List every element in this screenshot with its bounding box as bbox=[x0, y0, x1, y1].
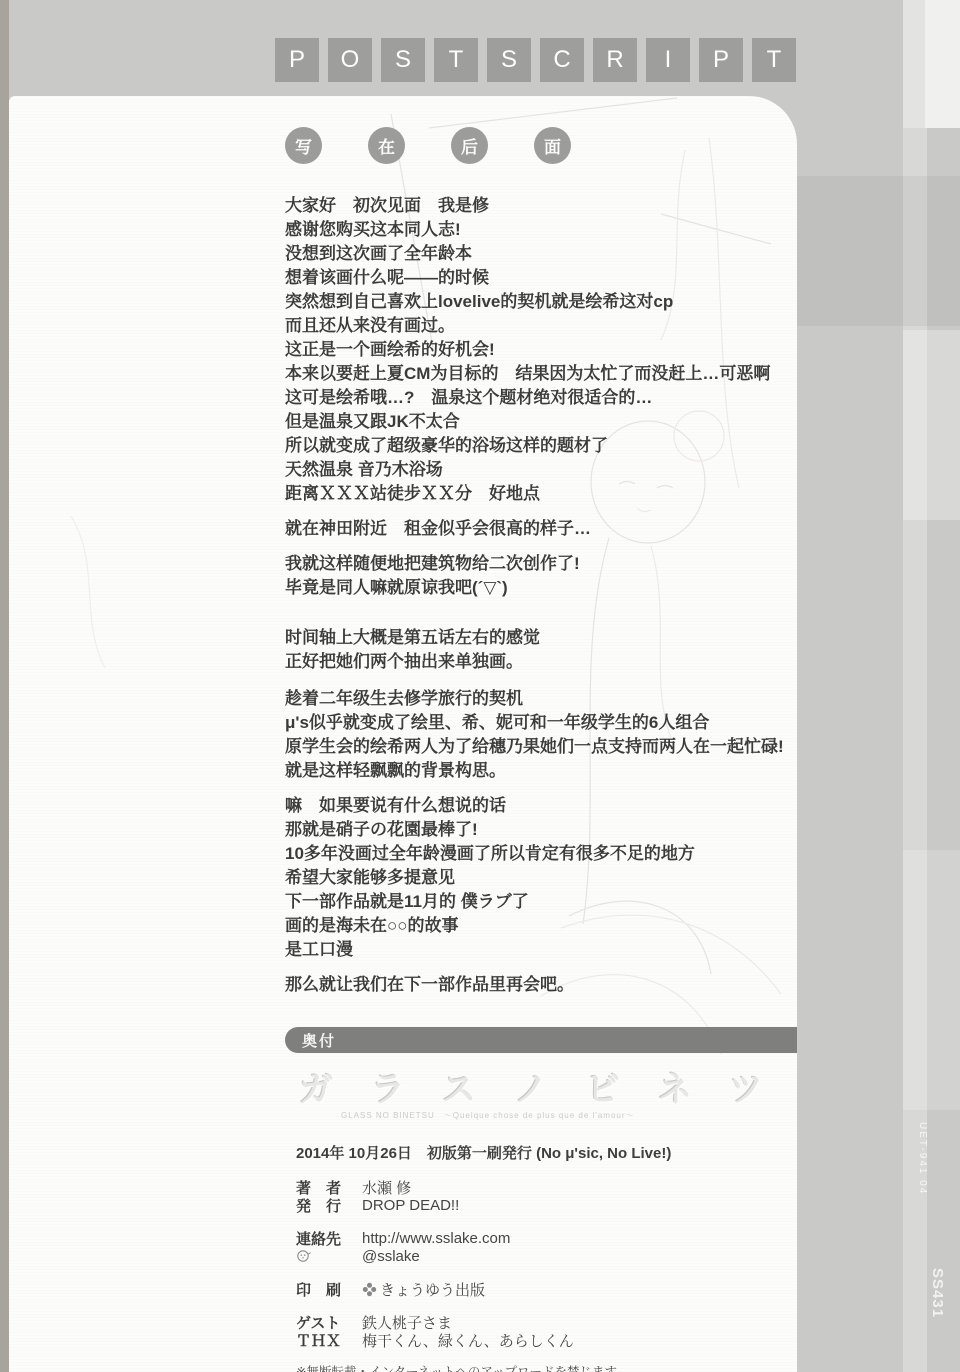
postscript-letter-box: S bbox=[487, 38, 531, 82]
heading-char-circle: 面 bbox=[534, 127, 571, 164]
body-line: 趁着二年级生去修学旅行的契机 bbox=[285, 687, 797, 711]
body-line: 希望大家能够多提意见 bbox=[285, 866, 797, 890]
spine-code-text: UET-941 04 bbox=[917, 1122, 928, 1195]
postscript-letter-box: P bbox=[275, 38, 319, 82]
body-line: 10多年没画过全年龄漫画了所以肯定有很多不足的地方 bbox=[285, 842, 797, 866]
colophon-label: 印 刷 bbox=[296, 1279, 362, 1300]
body-line: 但是温泉又跟JK不太合 bbox=[285, 410, 797, 434]
flower-icon bbox=[362, 1282, 377, 1297]
colophon-value: DROP DEAD!! bbox=[362, 1197, 459, 1214]
heading-char-circle: 后 bbox=[451, 127, 488, 164]
postscript-letter-box: T bbox=[752, 38, 796, 82]
colophon-value: @sslake bbox=[362, 1248, 420, 1265]
body-paragraph: 趁着二年级生去修学旅行的契机μ's似乎就变成了绘里、希、妮可和一年级学生的6人组… bbox=[285, 687, 797, 783]
page-edge-strip bbox=[903, 0, 925, 128]
body-line: 那么就让我们在下一部作品里再会吧。 bbox=[285, 973, 797, 997]
colophon-row: 発 行DROP DEAD!! bbox=[296, 1196, 786, 1214]
body-line: 就是这样轻飘飘的背景构思。 bbox=[285, 759, 797, 783]
postscript-letter-box: C bbox=[540, 38, 584, 82]
colophon-row: @sslake bbox=[296, 1247, 786, 1265]
page-edge-band bbox=[903, 330, 960, 520]
colophon-rows: 著 者水瀬 修発 行DROP DEAD!!連絡先http://www.sslak… bbox=[296, 1178, 786, 1349]
colophon-value: http://www.sslake.com bbox=[362, 1230, 510, 1247]
colophon-label: ＴＨＸ bbox=[296, 1330, 362, 1351]
colophon-value: 水瀬 修 bbox=[362, 1177, 411, 1198]
body-line: 这正是一个画绘希的好机会! bbox=[285, 338, 797, 362]
twitter-bird-icon bbox=[296, 1249, 312, 1263]
colophon-row: ゲスト鉄人桃子さま bbox=[296, 1313, 786, 1331]
colophon-group: 連絡先http://www.sslake.com @sslake bbox=[296, 1229, 786, 1265]
colophon-label bbox=[296, 1249, 362, 1263]
postscript-letter-box: I bbox=[646, 38, 690, 82]
body-paragraph: 嘛 如果要说有什么想说的话那就是硝子の花園最棒了!10多年没画过全年龄漫画了所以… bbox=[285, 794, 797, 962]
body-line: 本来以要赶上夏CM为目标的 结果因为太忙了而没赶上…可恶啊 bbox=[285, 362, 797, 386]
no-reproduction-note: ※無断転載・インターネットへのアップロードを禁じます。 bbox=[296, 1362, 786, 1372]
body-line: 是工口漫 bbox=[285, 938, 797, 962]
heading-char-circle: 在 bbox=[368, 127, 405, 164]
body-line: 距离ＸＸＸ站徒步ＸＸ分 好地点 bbox=[285, 482, 797, 506]
postscript-letter-box: P bbox=[699, 38, 743, 82]
colophon-group: 印 刷 きょうゆう出版 bbox=[296, 1280, 786, 1298]
body-line: 就在神田附近 租金似乎会很高的样子… bbox=[285, 517, 797, 541]
body-line: 时间轴上大概是第五话左右的感觉 bbox=[285, 626, 797, 650]
body-line: 我就这样随便地把建筑物给二次创作了! bbox=[285, 552, 797, 576]
colophon-section-bar: 奥付 bbox=[285, 1027, 797, 1053]
body-line: 那就是硝子の花園最棒了! bbox=[285, 818, 797, 842]
colophon-group: ゲスト鉄人桃子さまＴＨＸ梅干くん、緑くん、あらしくん bbox=[296, 1313, 786, 1349]
postscript-letter-box: R bbox=[593, 38, 637, 82]
publication-date-line: 2014年 10月26日 初版第一刷発行 (No μ'sic, No Live!… bbox=[296, 1142, 786, 1163]
postscript-letter-box: O bbox=[328, 38, 372, 82]
book-title: ガラスノビネツ bbox=[299, 1062, 801, 1111]
scan-right-edge bbox=[797, 0, 960, 1372]
page-edge-band bbox=[797, 176, 960, 326]
colophon-value-text: @sslake bbox=[362, 1248, 420, 1265]
body-line: 嘛 如果要说有什么想说的话 bbox=[285, 794, 797, 818]
body-line: 天然温泉 音乃木浴场 bbox=[285, 458, 797, 482]
colophon-label: 発 行 bbox=[296, 1195, 362, 1216]
colophon-row: 印 刷 きょうゆう出版 bbox=[296, 1280, 786, 1298]
heading-char-circle: 写 bbox=[285, 127, 322, 164]
body-line: μ's似乎就变成了绘里、希、妮可和一年级学生的6人组合 bbox=[285, 711, 797, 735]
body-paragraph: 那么就让我们在下一部作品里再会吧。 bbox=[285, 973, 797, 997]
colophon-value-text: DROP DEAD!! bbox=[362, 1197, 459, 1214]
colophon-group: 著 者水瀬 修発 行DROP DEAD!! bbox=[296, 1178, 786, 1214]
body-line: 想着该画什么呢——的时候 bbox=[285, 266, 797, 290]
colophon-row: ＴＨＸ梅干くん、緑くん、あらしくん bbox=[296, 1331, 786, 1349]
body-line: 感谢您购买这本同人志! bbox=[285, 218, 797, 242]
colophon-section-label: 奥付 bbox=[285, 1030, 336, 1051]
body-paragraph: 就在神田附近 租金似乎会很高的样子… bbox=[285, 517, 797, 541]
colophon-value: 梅干くん、緑くん、あらしくん bbox=[362, 1330, 574, 1351]
afterword-text: 大家好 初次见面 我是修感谢您购买这本同人志!没想到这次画了全年龄本想着该画什么… bbox=[285, 194, 797, 1007]
body-line: 大家好 初次见面 我是修 bbox=[285, 194, 797, 218]
body-line: 毕竟是同人嘛就原谅我吧(´▽`) bbox=[285, 576, 797, 600]
body-line: 画的是海未在○○的故事 bbox=[285, 914, 797, 938]
body-paragraph: 我就这样随便地把建筑物给二次创作了!毕竟是同人嘛就原谅我吧(´▽`) bbox=[285, 552, 797, 600]
colophon-row: 著 者水瀬 修 bbox=[296, 1178, 786, 1196]
colophon-value: きょうゆう出版 bbox=[362, 1279, 485, 1300]
colophon-row: 連絡先http://www.sslake.com bbox=[296, 1229, 786, 1247]
colophon-value-text: きょうゆう出版 bbox=[380, 1279, 485, 1300]
body-line: 而且还从来没有画过。 bbox=[285, 314, 797, 338]
body-line: 原学生会的绘希两人为了给穗乃果她们一点支持而两人在一起忙碌! bbox=[285, 735, 797, 759]
corner-code-text: SS431 bbox=[929, 1268, 946, 1318]
body-line: 这可是绘希哦…? 温泉这个题材绝对很适合的… bbox=[285, 386, 797, 410]
page-edge-strip bbox=[925, 0, 960, 128]
body-paragraph: 大家好 初次见面 我是修感谢您购买这本同人志!没想到这次画了全年龄本想着该画什么… bbox=[285, 194, 797, 506]
heading-circles: 写在后面 bbox=[285, 127, 571, 164]
postscript-letter-box: T bbox=[434, 38, 478, 82]
body-line: 没想到这次画了全年龄本 bbox=[285, 242, 797, 266]
colophon-value-text: 梅干くん、緑くん、あらしくん bbox=[362, 1330, 574, 1351]
body-line: 下一部作品就是11月的 僕ラブ了 bbox=[285, 890, 797, 914]
body-line: 所以就变成了超级豪华的浴场这样的题材了 bbox=[285, 434, 797, 458]
body-line: 突然想到自己喜欢上lovelive的契机就是绘希这对cp bbox=[285, 290, 797, 314]
body-paragraph: 时间轴上大概是第五话左右的感觉正好把她们两个抽出来单独画。 bbox=[285, 626, 797, 674]
colophon-block: 2014年 10月26日 初版第一刷発行 (No μ'sic, No Live!… bbox=[296, 1142, 786, 1372]
colophon-value-text: 水瀬 修 bbox=[362, 1177, 411, 1198]
colophon-label: 連絡先 bbox=[296, 1228, 362, 1249]
postscript-letter-box: S bbox=[381, 38, 425, 82]
page-edge-band bbox=[903, 850, 960, 1110]
colophon-value-text: http://www.sslake.com bbox=[362, 1230, 510, 1247]
book-subtitle: GLASS NO BINETSU 〜Quelque chose de plus … bbox=[341, 1110, 635, 1121]
body-line: 正好把她们两个抽出来单独画。 bbox=[285, 650, 797, 674]
scan-left-edge bbox=[0, 0, 9, 1372]
doujinshi-postscript-page: UET-941 04 SS431 POSTSCRIPT 写在后面 大家好 初次见… bbox=[0, 0, 960, 1372]
postscript-title: POSTSCRIPT bbox=[275, 38, 796, 82]
